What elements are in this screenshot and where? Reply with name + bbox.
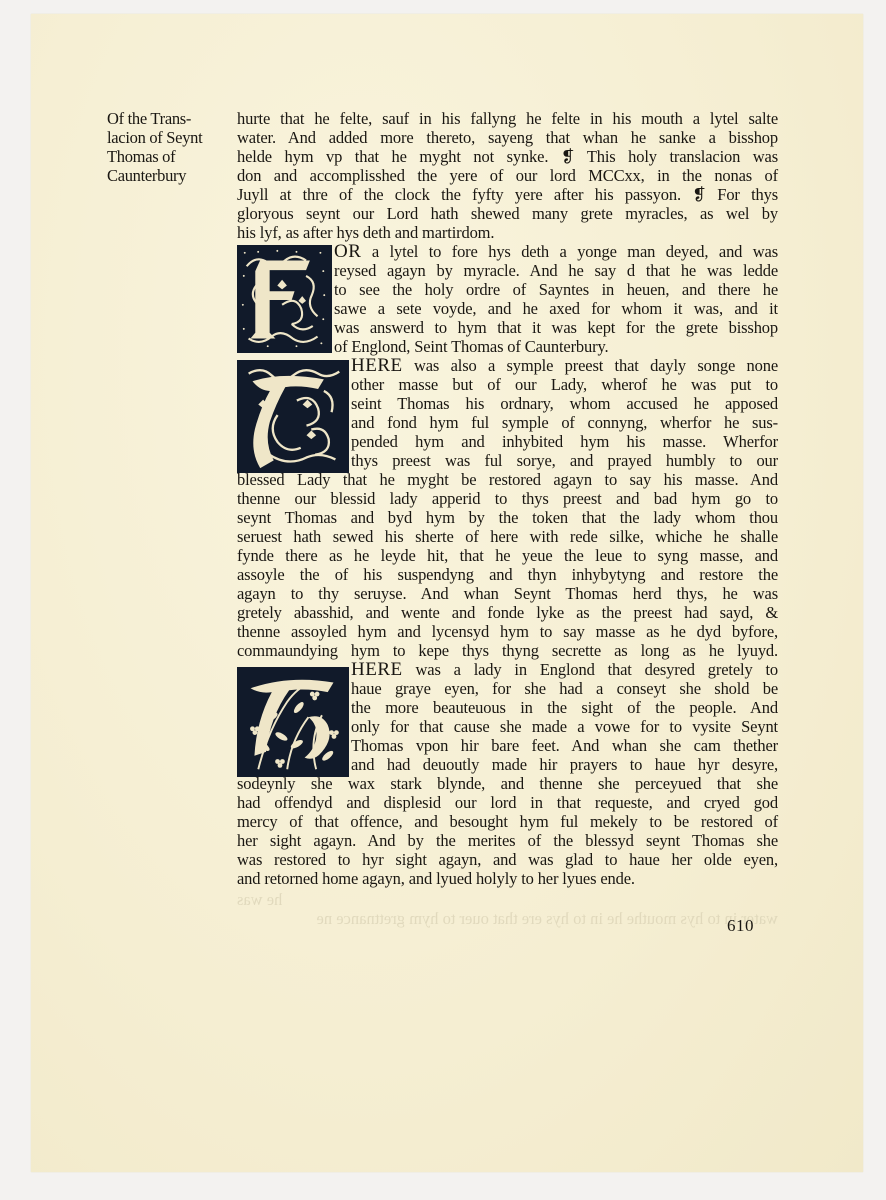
- text-line: HERE was a lady in Englond that desyred …: [351, 660, 778, 679]
- text-line: commaundying hym to kepe thys thyng secr…: [237, 641, 778, 660]
- text-line: was answerd to hym that it was kept for …: [334, 318, 778, 337]
- text-line: and retorned home agayn, and lyued holyl…: [237, 869, 778, 888]
- text-line: assoyle the of his suspendyng and thyn i…: [237, 565, 778, 584]
- decorated-initial-t-icon: [237, 360, 349, 473]
- text-line: Juyll at thre of the clock the fyfty yer…: [237, 185, 778, 204]
- text-line: and had deuoutly made hir prayers to hau…: [351, 755, 778, 774]
- text-line: hurte that he felte, sauf in his fallyng…: [237, 109, 778, 128]
- text-line: gloryous seynt our Lord hath shewed many…: [237, 204, 778, 223]
- text-line: was restored to hyr sight agayn, and was…: [237, 850, 778, 869]
- text-line: mercy of that offence, and besought hym …: [237, 812, 778, 831]
- text-line: seynt Thomas and byd hym by the token th…: [237, 508, 778, 527]
- text-line: don and accomplisshed the yere of our lo…: [237, 166, 778, 185]
- text-line: OR a lytel to fore hys deth a yonge man …: [334, 242, 778, 261]
- text-line: HERE was also a symple preest that dayly…: [351, 356, 778, 375]
- text-line: haue graye eyen, for she had a conseyt s…: [351, 679, 778, 698]
- text-line: thenne assoyled hym and lycensyd hym to …: [237, 622, 778, 641]
- page-number: 610: [727, 916, 754, 936]
- text-line: only for that cause she made a vowe for …: [351, 717, 778, 736]
- text-line: to see the holy ordre of Sayntes in heue…: [334, 280, 778, 299]
- sidenote-line: Of the Trans-: [107, 109, 227, 128]
- text-line: water. And added more thereto, sayeng th…: [237, 128, 778, 147]
- sidenote-line: lacion of Seynt: [107, 128, 227, 147]
- text-line: of Englond, Seint Thomas of Caunterbury.: [334, 337, 778, 356]
- text-line: had offendyd and displesid our lord in t…: [237, 793, 778, 812]
- text-column: hurte that he felte, sauf in his fallyng…: [237, 109, 778, 888]
- small-caps-opening: HERE: [351, 355, 403, 376]
- sidenote-line: Caunterbury: [107, 166, 227, 185]
- text-line: other masse but of our Lady, wherof he w…: [351, 375, 778, 394]
- decorated-initial-f-icon: [237, 245, 332, 353]
- text-line: reysed agayn by myracle. And he say d th…: [334, 261, 778, 280]
- text-line: the more beauteuous in the sight of the …: [351, 698, 778, 717]
- text-line: and fond hym ful symple of connyng, wher…: [351, 413, 778, 432]
- decorated-initial-t-vine-icon: [237, 667, 349, 777]
- text-line: seint Thomas his ordnary, whom accused h…: [351, 394, 778, 413]
- text-line: pended hym and inhybited hym his masse. …: [351, 432, 778, 451]
- text-line: fynde there as he leyde hit, that he yeu…: [237, 546, 778, 565]
- text-line: her sight agayn. And by the merites of t…: [237, 831, 778, 850]
- marginal-sidenote: Of the Trans- lacion of Seynt Thomas of …: [107, 109, 227, 185]
- text-line: sawe a sete voyde, and he axed for whom …: [334, 299, 778, 318]
- sidenote-line: Thomas of: [107, 147, 227, 166]
- text-line: thys preest was ful sorye, and prayed hu…: [351, 451, 778, 470]
- show-through-text: he was water in to hys mouthe he in to h…: [237, 890, 778, 928]
- small-caps-opening: HERE: [351, 659, 403, 680]
- paragraph-1: hurte that he felte, sauf in his fallyng…: [237, 109, 778, 242]
- text-line: Thomas vpon hir bare feet. And whan she …: [351, 736, 778, 755]
- text-line: helde hym vp that he myght not synke. ❡ …: [237, 147, 778, 166]
- text-line: his lyf, as after hys deth and martirdom…: [237, 223, 778, 242]
- text-line: agayn to thy seruyse. And whan Seynt Tho…: [237, 584, 778, 603]
- text-line: seruest hath sewed his sherte of here wi…: [237, 527, 778, 546]
- text-line: gretely abasshid, and wente and fonde ly…: [237, 603, 778, 622]
- small-caps-opening: OR: [334, 241, 361, 262]
- text-line: thenne our blessid lady apperid to thys …: [237, 489, 778, 508]
